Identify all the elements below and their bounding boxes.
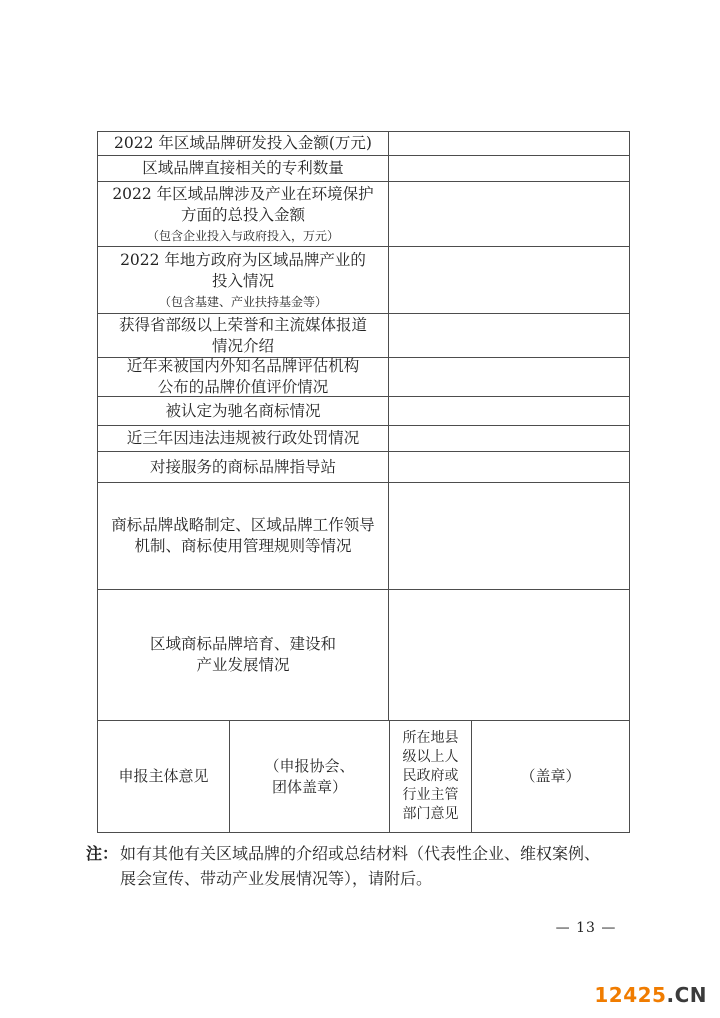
form-row: 对接服务的商标品牌指导站 bbox=[98, 452, 629, 483]
footnote-text: 如有其他有关区域品牌的介绍或总结材料（代表性企业、维权案例、 展会宣传、带动产业… bbox=[120, 841, 600, 891]
form-row-label-cell: 区域商标品牌培育、建设和 产业发展情况 bbox=[98, 590, 389, 720]
form-row-value-cell bbox=[389, 590, 629, 720]
applicant-seal-hint: （申报协会、 团体盖章） bbox=[230, 721, 390, 832]
footnote: 注： 如有其他有关区域品牌的介绍或总结材料（代表性企业、维权案例、 展会宣传、带… bbox=[86, 841, 686, 891]
form-row-label: 获得省部级以上荣誉和主流媒体报道 情况介绍 bbox=[119, 315, 367, 357]
form-row-value-cell bbox=[389, 426, 629, 451]
form-row-value-cell bbox=[389, 247, 629, 313]
signature-row: 申报主体意见 （申报协会、 团体盖章） 所在地县 级以上人 民政府或 行业主管 … bbox=[98, 721, 629, 832]
application-form-table: 2022 年区域品牌研发投入金额(万元) 区域品牌直接相关的专利数量 2022 … bbox=[97, 131, 630, 833]
form-row-label-cell: 区域品牌直接相关的专利数量 bbox=[98, 156, 389, 181]
form-row-value-cell bbox=[389, 452, 629, 482]
form-row: 2022 年区域品牌涉及产业在环境保护 方面的总投入金额 （包含企业投入与政府投… bbox=[98, 182, 629, 247]
form-row-label-cell: 2022 年区域品牌研发投入金额(万元) bbox=[98, 132, 389, 155]
form-row-label: 区域品牌直接相关的专利数量 bbox=[142, 158, 344, 179]
form-row: 近年来被国内外知名品牌评估机构 公布的品牌价值评价情况 bbox=[98, 358, 629, 397]
form-row: 商标品牌战略制定、区域品牌工作领导 机制、商标使用管理规则等情况 bbox=[98, 483, 629, 590]
form-row-label-cell: 2022 年区域品牌涉及产业在环境保护 方面的总投入金额 （包含企业投入与政府投… bbox=[98, 182, 389, 246]
form-row-label: 商标品牌战略制定、区域品牌工作领导 机制、商标使用管理规则等情况 bbox=[111, 515, 375, 557]
form-row-value-cell bbox=[389, 132, 629, 155]
form-row-label-cell: 对接服务的商标品牌指导站 bbox=[98, 452, 389, 482]
form-row-label: 2022 年区域品牌研发投入金额(万元) bbox=[114, 133, 372, 154]
form-row-label: 近三年因违法违规被行政处罚情况 bbox=[127, 428, 360, 449]
document-page: 2022 年区域品牌研发投入金额(万元) 区域品牌直接相关的专利数量 2022 … bbox=[0, 0, 720, 1018]
form-row-sublabel: （包含基建、产业扶持基金等） bbox=[159, 294, 327, 310]
form-row: 近三年因违法违规被行政处罚情况 bbox=[98, 426, 629, 452]
form-row-label-cell: 近年来被国内外知名品牌评估机构 公布的品牌价值评价情况 bbox=[98, 358, 389, 396]
form-row-label-cell: 2022 年地方政府为区域品牌产业的 投入情况 （包含基建、产业扶持基金等） bbox=[98, 247, 389, 313]
form-row: 获得省部级以上荣誉和主流媒体报道 情况介绍 bbox=[98, 314, 629, 358]
form-row-label: 对接服务的商标品牌指导站 bbox=[150, 457, 336, 478]
form-row-label-cell: 商标品牌战略制定、区域品牌工作领导 机制、商标使用管理规则等情况 bbox=[98, 483, 389, 589]
form-row-value-cell bbox=[389, 314, 629, 357]
form-row-label: 近年来被国内外知名品牌评估机构 公布的品牌价值评价情况 bbox=[127, 356, 360, 398]
applicant-opinion-label: 申报主体意见 bbox=[98, 721, 230, 832]
form-row-label-cell: 获得省部级以上荣誉和主流媒体报道 情况介绍 bbox=[98, 314, 389, 357]
form-row: 被认定为驰名商标情况 bbox=[98, 397, 629, 426]
page-number: — 13 — bbox=[536, 920, 636, 936]
form-row-value-cell bbox=[389, 397, 629, 425]
government-opinion-label: 所在地县 级以上人 民政府或 行业主管 部门意见 bbox=[390, 721, 472, 832]
form-row-value-cell bbox=[389, 358, 629, 396]
form-row-label: 2022 年地方政府为区域品牌产业的 投入情况 bbox=[120, 250, 366, 292]
form-row-label-cell: 近三年因违法违规被行政处罚情况 bbox=[98, 426, 389, 451]
form-row-label: 被认定为驰名商标情况 bbox=[165, 401, 320, 422]
form-row: 2022 年地方政府为区域品牌产业的 投入情况 （包含基建、产业扶持基金等） bbox=[98, 247, 629, 314]
watermark-suffix: .CN bbox=[666, 983, 707, 1007]
form-row: 区域商标品牌培育、建设和 产业发展情况 bbox=[98, 590, 629, 721]
form-row-label: 区域商标品牌培育、建设和 产业发展情况 bbox=[150, 634, 336, 676]
form-row-sublabel: （包含企业投入与政府投入，万元） bbox=[147, 228, 339, 244]
watermark-number: 12425 bbox=[594, 983, 666, 1007]
government-seal-hint: （盖章） bbox=[472, 721, 629, 832]
form-row-value-cell bbox=[389, 483, 629, 589]
form-row-label: 2022 年区域品牌涉及产业在环境保护 方面的总投入金额 bbox=[112, 184, 373, 226]
form-row-value-cell bbox=[389, 182, 629, 246]
form-row: 2022 年区域品牌研发投入金额(万元) bbox=[98, 132, 629, 156]
form-row-label-cell: 被认定为驰名商标情况 bbox=[98, 397, 389, 425]
watermark: 12425.CN bbox=[594, 983, 707, 1007]
form-row: 区域品牌直接相关的专利数量 bbox=[98, 156, 629, 182]
form-row-value-cell bbox=[389, 156, 629, 181]
footnote-label: 注： bbox=[86, 841, 118, 891]
